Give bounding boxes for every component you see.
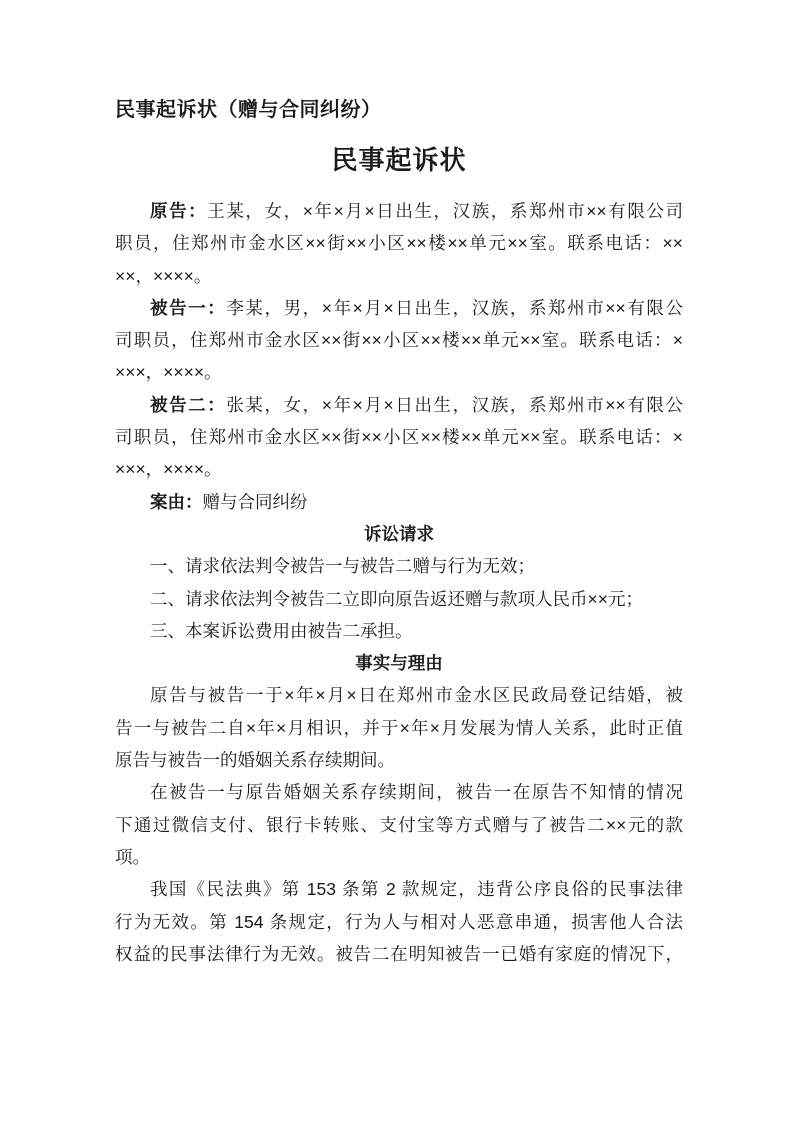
bold-label: 被告二： [150, 395, 226, 415]
plaintiff-info-line: ××，××××。 [115, 260, 683, 292]
defendant2-info-line: 司职员，住郑州市金水区××街××小区××楼××单元××室。联系电话：× [115, 421, 683, 453]
text-segment: 职员，住郑州市金水区××街××小区××楼××单元××室。联系电话：×× [115, 233, 683, 253]
text-segment: 项。 [115, 847, 150, 867]
fact-3-line: 行为无效。第 154 条规定，行为人与相对人恶意串通，损害他人合法 [115, 906, 683, 938]
fact-2: 在被告一与原告婚姻关系存续期间，被告一在原告不知情的情况下通过微信支付、银行卡转… [115, 776, 683, 873]
bold-label: 原告： [150, 201, 207, 221]
document-body: 原告：王某，女，×年×月×日出生，汉族，系郑州市××有限公司职员，住郑州市金水区… [115, 195, 683, 970]
document-page: 民事起诉状（赠与合同纠纷） 民事起诉状 原告：王某，女，×年×月×日出生，汉族，… [0, 0, 800, 1127]
fact-1-line: 原告与被告一的婚姻关系存续期间。 [115, 744, 683, 776]
claim-2-line: 二、请求依法判令被告二立即向原告返还赠与款项人民币××元； [115, 583, 683, 615]
bold-label: 被告一： [150, 298, 226, 318]
claims-heading: 诉讼请求 [115, 518, 683, 550]
plaintiff-info-line: 职员，住郑州市金水区××街××小区××楼××单元××室。联系电话：×× [115, 227, 683, 259]
document-title: 民事起诉状 [115, 143, 683, 177]
text-segment: 原告与被告一于×年×月×日在郑州市金水区民政局登记结婚，被 [150, 685, 683, 705]
claim-1: 一、请求依法判令被告一与被告二赠与行为无效； [115, 550, 683, 582]
document-content: 民事起诉状（赠与合同纠纷） 民事起诉状 原告：王某，女，×年×月×日出生，汉族，… [0, 0, 800, 970]
text-segment: 下通过微信支付、银行卡转账、支付宝等方式赠与了被告二××元的款 [115, 815, 683, 835]
text-segment: 二、请求依法判令被告二立即向原告返还赠与款项人民币××元； [150, 589, 643, 609]
bold-label: 案由： [150, 492, 203, 512]
text-segment: ×××，××××。 [115, 459, 222, 479]
defendant2-info-line: 被告二：张某，女，×年×月×日出生，汉族，系郑州市××有限公 [115, 389, 683, 421]
fact-3: 我国《民法典》第 153 条第 2 款规定，违背公序良俗的民事法律行为无效。第 … [115, 873, 683, 970]
defendant1-info-line: 被告一：李某，男，×年×月×日出生，汉族，系郑州市××有限公 [115, 292, 683, 324]
defendant1-info-line: ×××，××××。 [115, 356, 683, 388]
text-segment: 告一与被告二自×年×月相识，并于×年×月发展为情人关系，此时正值 [115, 718, 683, 738]
defendant1-info-line: 司职员，住郑州市金水区××街××小区××楼××单元××室。联系电话：× [115, 324, 683, 356]
text-segment: 司职员，住郑州市金水区××街××小区××楼××单元××室。联系电话：× [115, 427, 683, 447]
fact-1-line: 告一与被告二自×年×月相识，并于×年×月发展为情人关系，此时正值 [115, 712, 683, 744]
text-segment: 李某，男，×年×月×日出生，汉族，系郑州市××有限公 [226, 298, 683, 318]
fact-3-line: 权益的民事法律行为无效。被告二在明知被告一已婚有家庭的情况下， [115, 938, 683, 970]
cause-of-action-line: 案由：赠与合同纠纷 [115, 486, 683, 518]
fact-2-line: 下通过微信支付、银行卡转账、支付宝等方式赠与了被告二××元的款 [115, 809, 683, 841]
claim-2: 二、请求依法判令被告二立即向原告返还赠与款项人民币××元； [115, 583, 683, 615]
text-segment: 三、本案诉讼费用由被告二承担。 [150, 621, 413, 641]
fact-2-line: 在被告一与原告婚姻关系存续期间，被告一在原告不知情的情况 [115, 776, 683, 808]
text-segment: ××，××××。 [115, 266, 211, 286]
text-segment: 行为无效。第 154 条规定，行为人与相对人恶意串通，损害他人合法 [115, 912, 683, 932]
text-segment: 司职员，住郑州市金水区××街××小区××楼××单元××室。联系电话：× [115, 330, 683, 350]
doc-type-label: 民事起诉状（赠与合同纠纷） [115, 97, 683, 123]
defendant1-info: 被告一：李某，男，×年×月×日出生，汉族，系郑州市××有限公司职员，住郑州市金水… [115, 292, 683, 389]
text-segment: 一、请求依法判令被告一与被告二赠与行为无效； [150, 556, 535, 576]
facts-heading: 事实与理由 [115, 647, 683, 679]
claim-3-line: 三、本案诉讼费用由被告二承担。 [115, 615, 683, 647]
claim-1-line: 一、请求依法判令被告一与被告二赠与行为无效； [115, 550, 683, 582]
plaintiff-info-line: 原告：王某，女，×年×月×日出生，汉族，系郑州市××有限公司 [115, 195, 683, 227]
text-segment: 原告与被告一的婚姻关系存续期间。 [115, 750, 395, 770]
text-segment: 王某，女，×年×月×日出生，汉族，系郑州市××有限公司 [207, 201, 683, 221]
text-segment: ×××，××××。 [115, 362, 222, 382]
text-segment: 赠与合同纠纷 [203, 492, 308, 512]
text-segment: 我国《民法典》第 153 条第 2 款规定，违背公序良俗的民事法律 [150, 879, 683, 899]
fact-1-line: 原告与被告一于×年×月×日在郑州市金水区民政局登记结婚，被 [115, 679, 683, 711]
cause-of-action: 案由：赠与合同纠纷 [115, 486, 683, 518]
defendant2-info-line: ×××，××××。 [115, 453, 683, 485]
fact-3-line: 我国《民法典》第 153 条第 2 款规定，违背公序良俗的民事法律 [115, 873, 683, 905]
fact-1: 原告与被告一于×年×月×日在郑州市金水区民政局登记结婚，被告一与被告二自×年×月… [115, 679, 683, 776]
fact-2-line: 项。 [115, 841, 683, 873]
claim-3: 三、本案诉讼费用由被告二承担。 [115, 615, 683, 647]
text-segment: 张某，女，×年×月×日出生，汉族，系郑州市××有限公 [226, 395, 683, 415]
plaintiff-info: 原告：王某，女，×年×月×日出生，汉族，系郑州市××有限公司职员，住郑州市金水区… [115, 195, 683, 292]
text-segment: 在被告一与原告婚姻关系存续期间，被告一在原告不知情的情况 [150, 782, 683, 802]
defendant2-info: 被告二：张某，女，×年×月×日出生，汉族，系郑州市××有限公司职员，住郑州市金水… [115, 389, 683, 486]
text-segment: 权益的民事法律行为无效。被告二在明知被告一已婚有家庭的情况下， [115, 944, 683, 964]
